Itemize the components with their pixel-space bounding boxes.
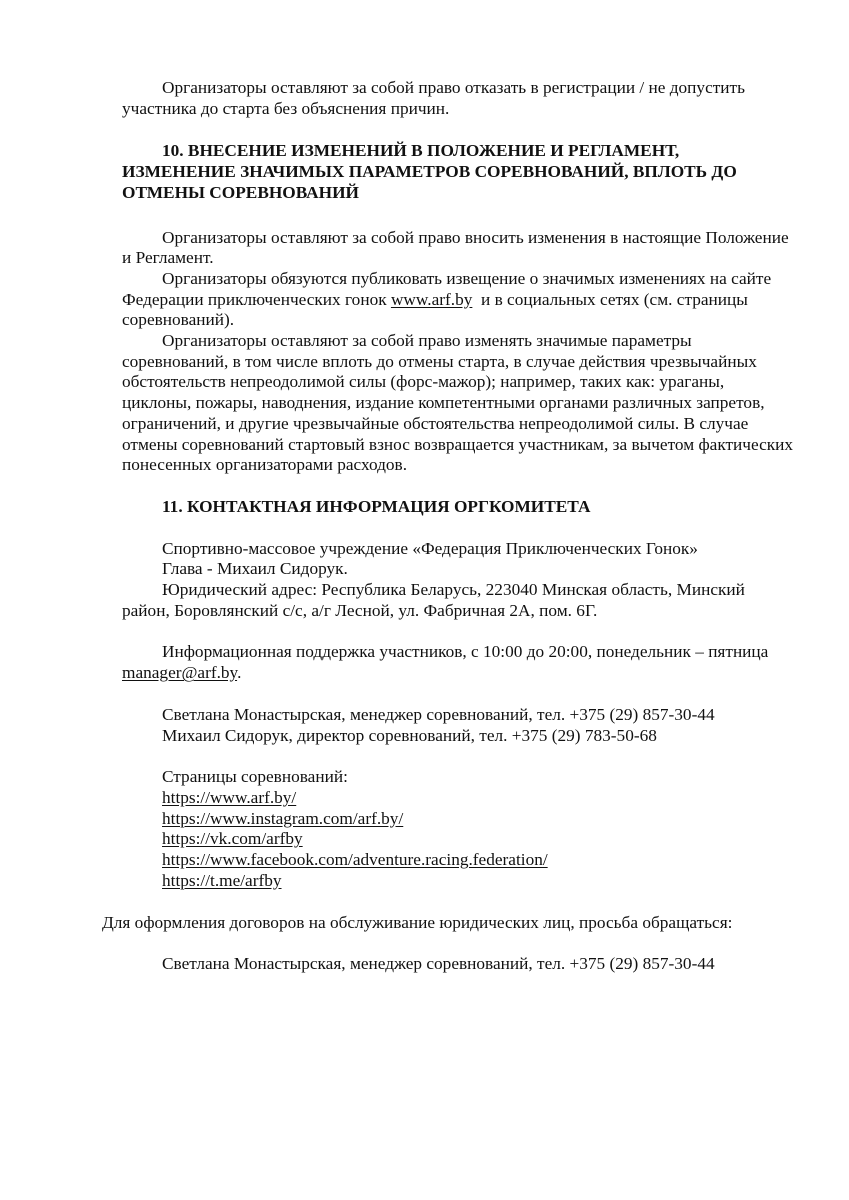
support-hours: Информационная поддержка участников, с 1…: [122, 642, 802, 663]
legal-contact: Светлана Монастырская, менеджер соревнов…: [122, 954, 802, 975]
pages-label: Страницы соревнований:: [122, 767, 802, 788]
text-fragment: Федерации приключенческих гонок: [122, 290, 391, 309]
link-row: https://www.arf.by/: [122, 788, 802, 809]
link-row: https://www.instagram.com/arf.by/: [122, 809, 802, 830]
contact-item: Светлана Монастырская, менеджер соревнов…: [122, 954, 802, 975]
text-line: обстоятельств непреодолимой силы (форс-м…: [122, 372, 802, 393]
text-line: циклоны, пожары, наводнения, издание ком…: [122, 393, 802, 414]
facebook-link[interactable]: https://www.facebook.com/adventure.racin…: [162, 850, 548, 869]
support-info: Информационная поддержка участников, с 1…: [122, 642, 802, 683]
text-line: Организаторы оставляют за собой право из…: [122, 331, 802, 352]
legal-note: Для оформления договоров на обслуживание…: [102, 913, 802, 934]
text-line: понесенных организаторами расходов.: [122, 455, 802, 476]
vk-link[interactable]: https://vk.com/arfby: [162, 829, 303, 848]
link-row: https://t.me/arfby: [122, 871, 802, 892]
heading-line: 10. ВНЕСЕНИЕ ИЗМЕНЕНИЙ В ПОЛОЖЕНИЕ И РЕГ…: [122, 141, 802, 162]
text-line: соревнований, в том числе вплоть до отме…: [122, 352, 802, 373]
text-line: ограничений, и другие чрезвычайные обсто…: [122, 414, 802, 435]
link-row: https://vk.com/arfby: [122, 829, 802, 850]
contact-item: Михаил Сидорук, директор соревнований, т…: [122, 726, 802, 747]
organization-head: Глава - Михаил Сидорук.: [122, 559, 802, 580]
section-10-paragraph-2: Организаторы обязуются публиковать извещ…: [122, 269, 802, 331]
support-email-link[interactable]: manager@arf.by: [122, 663, 237, 682]
intro-paragraph: Организаторы оставляют за собой право от…: [122, 78, 802, 119]
instagram-link[interactable]: https://www.instagram.com/arf.by/: [162, 809, 403, 828]
heading-line: ОТМЕНЫ СОРЕВНОВАНИЙ: [122, 183, 802, 204]
text-line: отмены соревнований стартовый взнос возв…: [122, 435, 802, 456]
document-page: Организаторы оставляют за собой право от…: [122, 78, 802, 975]
link-row: https://www.facebook.com/adventure.racin…: [122, 850, 802, 871]
text-line: и Регламент.: [122, 248, 802, 269]
text-line: участника до старта без объяснения причи…: [122, 99, 802, 120]
arf-site-link[interactable]: https://www.arf.by/: [162, 788, 296, 807]
section-11-heading: 11. КОНТАКТНАЯ ИНФОРМАЦИЯ ОРГКОМИТЕТА: [122, 497, 802, 518]
text-line: Организаторы оставляют за собой право вн…: [122, 228, 802, 249]
section-10-paragraph-1: Организаторы оставляют за собой право вн…: [122, 228, 802, 269]
text-fragment: .: [237, 663, 241, 682]
section-10-paragraph-3: Организаторы оставляют за собой право из…: [122, 331, 802, 476]
telegram-link[interactable]: https://t.me/arfby: [162, 871, 282, 890]
text-line: manager@arf.by.: [122, 663, 802, 684]
legal-entities-note: Для оформления договоров на обслуживание…: [122, 913, 802, 934]
text-line: Организаторы оставляют за собой право от…: [122, 78, 802, 99]
text-line: Организаторы обязуются публиковать извещ…: [122, 269, 802, 290]
legal-address: район, Боровлянский с/с, а/г Лесной, ул.…: [122, 601, 802, 622]
heading-line: 11. КОНТАКТНАЯ ИНФОРМАЦИЯ ОРГКОМИТЕТА: [122, 497, 802, 518]
section-10-heading: 10. ВНЕСЕНИЕ ИЗМЕНЕНИЙ В ПОЛОЖЕНИЕ И РЕГ…: [122, 141, 802, 203]
contact-item: Светлана Монастырская, менеджер соревнов…: [122, 705, 802, 726]
text-line: соревнований).: [122, 310, 802, 331]
competition-pages: Страницы соревнований: https://www.arf.b…: [122, 767, 802, 891]
contacts-list: Светлана Монастырская, менеджер соревнов…: [122, 705, 802, 746]
legal-address: Юридический адрес: Республика Беларусь, …: [122, 580, 802, 601]
organization-info: Спортивно-массовое учреждение «Федерация…: [122, 539, 802, 622]
organization-name: Спортивно-массовое учреждение «Федерация…: [122, 539, 802, 560]
text-fragment: и в социальных сетях (см. страницы: [472, 290, 748, 309]
arf-website-link[interactable]: www.arf.by: [391, 290, 472, 309]
heading-line: ИЗМЕНЕНИЕ ЗНАЧИМЫХ ПАРАМЕТРОВ СОРЕВНОВАН…: [122, 162, 802, 183]
text-line: Федерации приключенческих гонок www.arf.…: [122, 290, 802, 311]
